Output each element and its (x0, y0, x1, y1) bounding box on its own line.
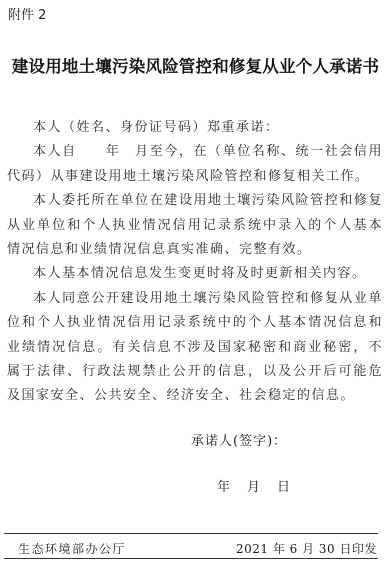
date-day: 日 (277, 476, 290, 495)
document-body: 本人（姓名、身份证号码）郑重承诺： 本人自 年 月至今，在（单位名称、统一社会信… (7, 116, 383, 409)
paragraph-consent: 本人同意公开建设用地土壤污染风险管控和修复从业单位和个人执业情况信用记录系统中的… (7, 287, 383, 409)
signature-label: 承诺人(签字)： (191, 430, 287, 449)
footer-issuer: 生态环境部办公厅 (18, 540, 126, 557)
date-year: 年 (217, 476, 230, 495)
signature-date: 年月日 (217, 476, 307, 495)
paragraph-update: 本人基本情况信息发生变更时将及时更新相关内容。 (7, 262, 383, 286)
paragraph-opening: 本人（姓名、身份证号码）郑重承诺： (7, 116, 383, 140)
paragraph-entrust: 本人委托所在单位在建设用地土壤污染风险管控和修复从业单位和个人执业情况信用记录系… (7, 189, 383, 262)
attachment-label: 附件 2 (8, 4, 46, 23)
footer-issue-date: 2021 年 6 月 30 日印发 (236, 540, 377, 557)
paragraph-employment: 本人自 年 月至今，在（单位名称、统一社会信用代码）从事建设用地土壤污染风险管控… (7, 140, 383, 189)
footer-top-rule (4, 533, 378, 534)
footer-bottom-rule (4, 558, 378, 559)
date-month: 月 (247, 476, 260, 495)
document-title: 建设用地土壤污染风险管控和修复从业个人承诺书 (0, 53, 391, 77)
